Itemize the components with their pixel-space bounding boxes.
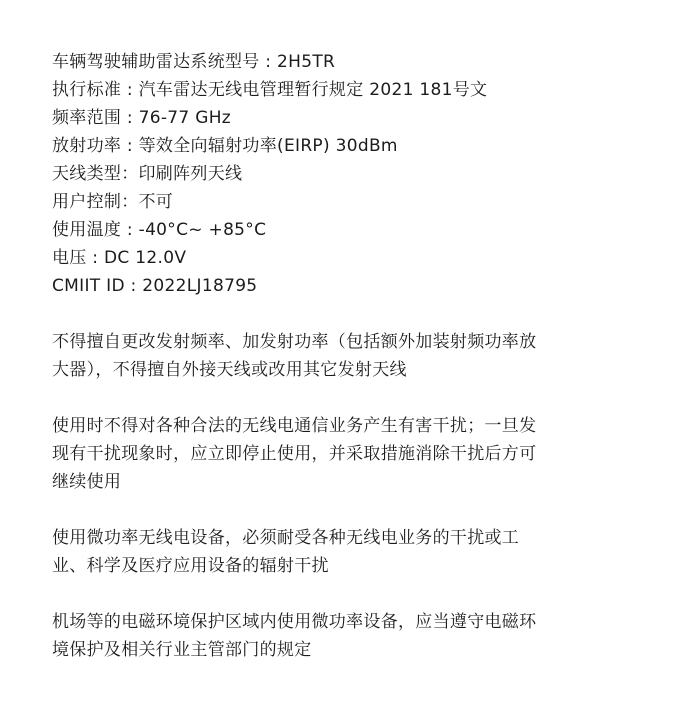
- notice-paragraphs: 不得擅自更改发射频率、加发射功率（包括额外加装射频功率放大器），不得擅自外接天线…: [52, 328, 544, 664]
- paragraph-line: 现有干扰现象时，应立即停止使用，并采取措施消除干扰后方可: [52, 440, 544, 468]
- notice-paragraph: 使用微功率无线电设备，必须耐受各种无线电业务的干扰或工业、科学及医疗应用设备的辐…: [52, 524, 544, 580]
- spec-list: 车辆驾驶辅助雷达系统型号 : 2H5TR执行标准 : 汽车雷达无线电管理暂行规定…: [52, 48, 544, 300]
- spec-line: CMIIT ID : 2022LJ18795: [52, 272, 544, 300]
- paragraph-line: 不得擅自更改发射频率、加发射功率（包括额外加装射频功率放: [52, 328, 544, 356]
- paragraph-line: 继续使用: [52, 468, 544, 496]
- paragraph-line: 大器），不得擅自外接天线或改用其它发射天线: [52, 356, 544, 384]
- paragraph-line: 境保护及相关行业主管部门的规定: [52, 636, 544, 664]
- spec-line: 执行标准 : 汽车雷达无线电管理暂行规定 2021 181号文: [52, 76, 544, 104]
- spec-line: 用户控制：不可: [52, 188, 544, 216]
- notice-paragraph: 使用时不得对各种合法的无线电通信业务产生有害干扰；一旦发现有干扰现象时，应立即停…: [52, 412, 544, 496]
- radar-spec-document: 车辆驾驶辅助雷达系统型号 : 2H5TR执行标准 : 汽车雷达无线电管理暂行规定…: [52, 48, 544, 664]
- paragraph-line: 机场等的电磁环境保护区域内使用微功率设备，应当遵守电磁环: [52, 608, 544, 636]
- spec-line: 使用温度 : -40°C~ +85°C: [52, 216, 544, 244]
- notice-paragraph: 不得擅自更改发射频率、加发射功率（包括额外加装射频功率放大器），不得擅自外接天线…: [52, 328, 544, 384]
- spec-line: 频率范围 : 76-77 GHz: [52, 104, 544, 132]
- spec-line: 天线类型：印刷阵列天线: [52, 160, 544, 188]
- paragraph-line: 业、科学及医疗应用设备的辐射干扰: [52, 552, 544, 580]
- paragraph-line: 使用微功率无线电设备，必须耐受各种无线电业务的干扰或工: [52, 524, 544, 552]
- page: { "page": { "background_color": "#ffffff…: [0, 0, 673, 709]
- paragraph-line: 使用时不得对各种合法的无线电通信业务产生有害干扰；一旦发: [52, 412, 544, 440]
- spec-line: 电压 : DC 12.0V: [52, 244, 544, 272]
- spec-line: 放射功率 : 等效全向辐射功率(EIRP) 30dBm: [52, 132, 544, 160]
- notice-paragraph: 机场等的电磁环境保护区域内使用微功率设备，应当遵守电磁环境保护及相关行业主管部门…: [52, 608, 544, 664]
- spec-line: 车辆驾驶辅助雷达系统型号 : 2H5TR: [52, 48, 544, 76]
